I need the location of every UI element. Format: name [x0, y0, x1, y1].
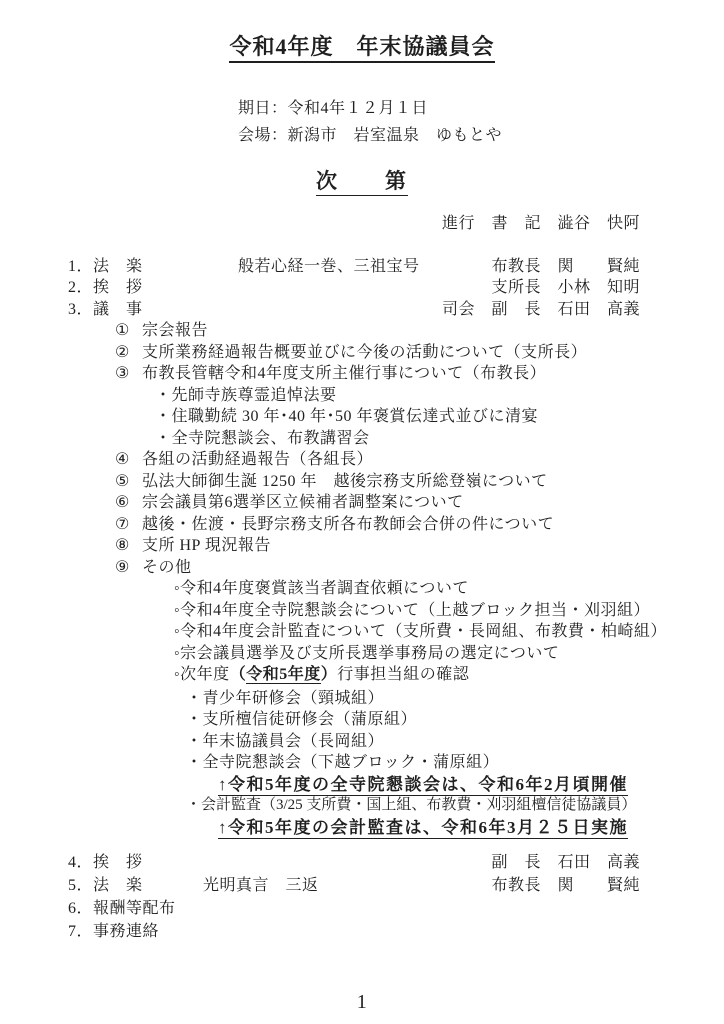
- circled-number: ⑤: [115, 471, 142, 493]
- sub-item-text: 宗会議員第6選挙区立候補者調整案について: [142, 494, 464, 511]
- item-detail: 般若心経一巻、三祖宝号: [238, 256, 420, 278]
- title-row: 令和4年度 年末協議員会: [0, 0, 724, 64]
- item-assignee: 司会 副 長 石田 高義: [442, 299, 640, 321]
- closing-list: 4．挨 拶 副 長 石田 高義 5．法 楽 光明真言 三返 布教長 関 賢純 6…: [0, 851, 724, 943]
- item-label: 1．法 楽: [68, 256, 143, 278]
- item-assignee: 副 長 石田 高義: [491, 851, 640, 874]
- sub-item-1: ①宗会報告: [0, 320, 724, 342]
- circled-number: ①: [115, 320, 142, 342]
- next-year-suffix: 行事担当組の確認: [337, 666, 469, 683]
- next-year-term: 令和5年度: [246, 666, 321, 684]
- sub-item-text: 各組の活動経過報告（各組長）: [142, 451, 373, 468]
- item-assignee: 布教長 関 賢純: [491, 874, 640, 897]
- sub-item-2: ②支所業務経過報告概要並びに今後の活動について（支所長）: [0, 342, 724, 364]
- sub-item-9: ⑨その他: [0, 557, 724, 579]
- bullet-item: ・住職勤続 30 年･40 年･50 年褒賞伝達式並びに清宴: [0, 406, 724, 428]
- item-label: 3．議 事: [68, 299, 143, 321]
- item-label: 2．挨 拶: [68, 277, 143, 299]
- circled-number: ②: [115, 342, 142, 364]
- sub-item-7: ⑦越後・佐渡・長野宗務支所各布教師会合併の件について: [0, 514, 724, 536]
- agenda-heading-row: 次 第: [0, 169, 724, 196]
- agenda-heading: 次 第: [316, 169, 408, 196]
- circled-number: ⑥: [115, 492, 142, 514]
- circled-number: ⑦: [115, 514, 142, 536]
- agenda-item-5: 5．法 楽 光明真言 三返 布教長 関 賢純: [0, 874, 724, 897]
- agenda-item-3: 3．議 事 司会 副 長 石田 高義: [0, 299, 724, 321]
- other-item: ◦令和4年度全寺院懇談会について（上越ブロック担当・刈羽組）: [0, 600, 724, 622]
- item-label: 4．挨 拶: [68, 851, 143, 874]
- bullet-item: ・全寺院懇談会、布教講習会: [0, 428, 724, 450]
- other-item-next-year: ◦次年度（令和5年度）行事担当組の確認: [0, 664, 724, 686]
- document-page: 令和4年度 年末協議員会 期日：令和4年１２月１日 会場：新潟市 岩室温泉 ゆも…: [0, 0, 724, 1024]
- note-konwakai: ↑令和5年度の全寺院懇談会は、令和6年2月頃開催: [0, 774, 724, 796]
- assignment-item: ・全寺院懇談会（下越ブロック・蒲原組）: [0, 752, 724, 774]
- item-detail: 光明真言 三返: [203, 874, 319, 897]
- assignment-item-audit: ・会計監査（3/25 支所費・国上組、布教費・刈羽組檀信徒協議員）: [0, 795, 724, 817]
- item-assignee: 支所長 小林 知明: [491, 277, 640, 299]
- other-item: ◦令和4年度会計監査について（支所費・長岡組、布教費・柏崎組）: [0, 621, 724, 643]
- agenda-item-4: 4．挨 拶 副 長 石田 高義: [0, 851, 724, 874]
- assignment-item: ・支所檀信徒研修会（蒲原組）: [0, 709, 724, 731]
- sub-item-5: ⑤弘法大師御生誕 1250 年 越後宗務支所総登嶺について: [0, 471, 724, 493]
- agenda-item-7: 7．事務連絡: [0, 920, 724, 943]
- sub-item-4: ④各組の活動経過報告（各組長）: [0, 449, 724, 471]
- sub-item-3: ③布教長管轄令和4年度支所主催行事について（布教長）: [0, 363, 724, 385]
- bullet-item: ・先師寺族尊霊追悼法要: [0, 385, 724, 407]
- item-label: 5．法 楽: [68, 874, 143, 897]
- page-title: 令和4年度 年末協議員会: [229, 34, 494, 63]
- date-line: 期日：令和4年１２月１日: [238, 95, 724, 122]
- agenda-item-2: 2．挨 拶 支所長 小林 知明: [0, 277, 724, 299]
- circled-number: ④: [115, 449, 142, 471]
- item-label: 6．報酬等配布: [68, 897, 176, 920]
- assignment-block: ・青少年研修会（頸城組） ・支所檀信徒研修会（蒲原組） ・年末協議員会（長岡組）…: [0, 688, 724, 839]
- meta-block: 期日：令和4年１２月１日 会場：新潟市 岩室温泉 ゆもとや: [238, 95, 724, 149]
- page-number: 1: [0, 990, 724, 1014]
- sub-item-text: 支所業務経過報告概要並びに今後の活動について（支所長）: [142, 344, 587, 361]
- venue-line: 会場：新潟市 岩室温泉 ゆもとや: [238, 122, 724, 149]
- sub-item-text: 越後・佐渡・長野宗務支所各布教師会合併の件について: [142, 516, 554, 533]
- circled-number: ⑨: [115, 557, 142, 579]
- circled-number: ③: [115, 363, 142, 385]
- agenda-item-1: 1．法 楽 般若心経一巻、三祖宝号 布教長 関 賢純: [0, 256, 724, 278]
- item-assignee: 布教長 関 賢純: [491, 256, 640, 278]
- paren-close: ）: [321, 666, 338, 683]
- circled-number: ⑧: [115, 535, 142, 557]
- note-audit: ↑令和5年度の会計監査は、令和6年3月２５日実施: [0, 817, 724, 839]
- next-year-prefix: ◦次年度: [174, 666, 230, 683]
- other-item: ◦令和4年度褒賞該当者調査依頼について: [0, 578, 724, 600]
- assignment-item: ・青少年研修会（頸城組）: [0, 688, 724, 710]
- sub-item-text: 宗会報告: [142, 322, 208, 339]
- paren-open: （: [230, 666, 247, 683]
- other-item: ◦宗会議員選挙及び支所長選挙事務局の選定について: [0, 643, 724, 665]
- agenda-item-6: 6．報酬等配布: [0, 897, 724, 920]
- officer-line: 進行 書 記 澁谷 快阿: [0, 213, 724, 235]
- assignment-item: ・年末協議員会（長岡組）: [0, 731, 724, 753]
- agenda-list: 1．法 楽 般若心経一巻、三祖宝号 布教長 関 賢純 2．挨 拶 支所長 小林 …: [0, 256, 724, 839]
- sub-item-6: ⑥宗会議員第6選挙区立候補者調整案について: [0, 492, 724, 514]
- sub-item-text: その他: [142, 559, 192, 576]
- sub-item-text: 布教長管轄令和4年度支所主催行事について（布教長）: [142, 365, 546, 382]
- sub-item-8: ⑧支所 HP 現況報告: [0, 535, 724, 557]
- sub-item-text: 支所 HP 現況報告: [142, 537, 271, 554]
- item-label: 7．事務連絡: [68, 920, 159, 943]
- sub-item-text: 弘法大師御生誕 1250 年 越後宗務支所総登嶺について: [142, 473, 548, 490]
